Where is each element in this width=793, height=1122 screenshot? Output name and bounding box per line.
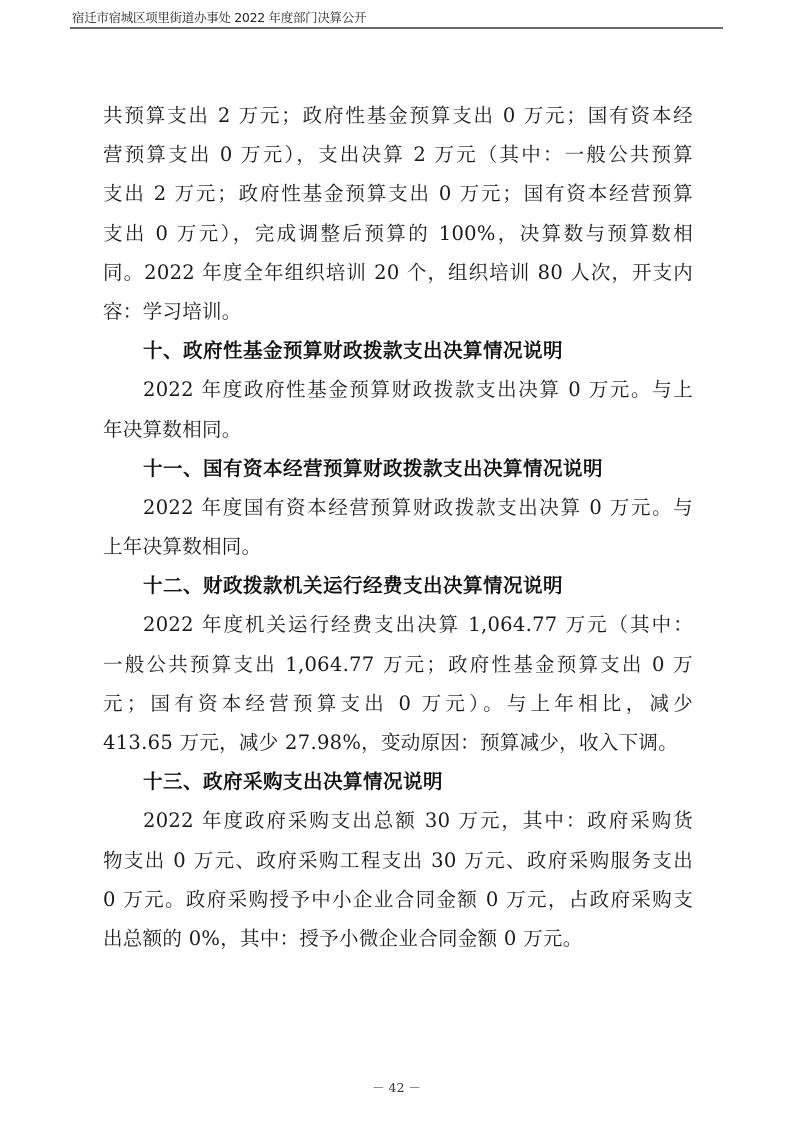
text-line: 2022 年度政府采购支出总额 30 万元，其中：政府采购货: [103, 801, 693, 840]
text-line: 0 万元。政府采购授予中小企业合同金额 0 万元，占政府采购支: [103, 880, 693, 919]
section-heading-10: 十、政府性基金预算财政拨款支出决算情况说明: [103, 331, 693, 370]
text-line: 共预算支出 2 万元；政府性基金预算支出 0 万元；国有资本经: [103, 96, 693, 135]
text-line: 一般公共预算支出 1,064.77 万元；政府性基金预算支出 0 万: [103, 645, 693, 684]
text-line: 同。2022 年度全年组织培训 20 个，组织培训 80 人次，开支内: [103, 253, 693, 292]
paragraph-procurement: 2022 年度政府采购支出总额 30 万元，其中：政府采购货 物支出 0 万元、…: [103, 801, 693, 958]
text-line: 物支出 0 万元、政府采购工程支出 30 万元、政府采购服务支出: [103, 841, 693, 880]
paragraph-state-capital: 2022 年度国有资本经营预算财政拨款支出决算 0 万元。与 上年决算数相同。: [103, 488, 693, 566]
text-line: 出总额的 0%，其中：授予小微企业合同金额 0 万元。: [103, 919, 693, 958]
text-line: 413.65 万元，减少 27.98%，变动原因：预算减少，收入下调。: [103, 723, 693, 762]
text-line: 年决算数相同。: [103, 410, 693, 449]
paragraph-operating-expenses: 2022 年度机关运行经费支出决算 1,064.77 万元（其中： 一般公共预算…: [103, 605, 693, 762]
section-heading-13: 十三、政府采购支出决算情况说明: [103, 762, 693, 801]
paragraph-gov-fund: 2022 年度政府性基金预算财政拨款支出决算 0 万元。与上 年决算数相同。: [103, 370, 693, 448]
text-line: 营预算支出 0 万元），支出决算 2 万元（其中：一般公共预算: [103, 135, 693, 174]
section-heading-11: 十一、国有资本经营预算财政拨款支出决算情况说明: [103, 449, 693, 488]
page-number: － 42 －: [0, 1078, 793, 1096]
paragraph-training-expenditure: 共预算支出 2 万元；政府性基金预算支出 0 万元；国有资本经 营预算支出 0 …: [103, 96, 693, 331]
text-line: 2022 年度国有资本经营预算财政拨款支出决算 0 万元。与: [103, 488, 693, 527]
text-line: 2022 年度政府性基金预算财政拨款支出决算 0 万元。与上: [103, 370, 693, 409]
document-body: 共预算支出 2 万元；政府性基金预算支出 0 万元；国有资本经 营预算支出 0 …: [103, 96, 693, 958]
page-header: 宿迁市宿城区项里街道办事处 2022 年度部门决算公开: [70, 8, 725, 27]
text-line: 支出 0 万元），完成调整后预算的 100%，决算数与预算数相: [103, 214, 693, 253]
text-line: 2022 年度机关运行经费支出决算 1,064.77 万元（其中：: [103, 605, 693, 644]
text-line: 元；国有资本经营预算支出 0 万元）。与上年相比，减少: [103, 684, 693, 723]
text-line: 容：学习培训。: [103, 292, 693, 331]
text-line: 上年决算数相同。: [103, 527, 693, 566]
header-rule: [70, 27, 723, 29]
section-heading-12: 十二、财政拨款机关运行经费支出决算情况说明: [103, 566, 693, 605]
text-line: 支出 2 万元；政府性基金预算支出 0 万元；国有资本经营预算: [103, 174, 693, 213]
